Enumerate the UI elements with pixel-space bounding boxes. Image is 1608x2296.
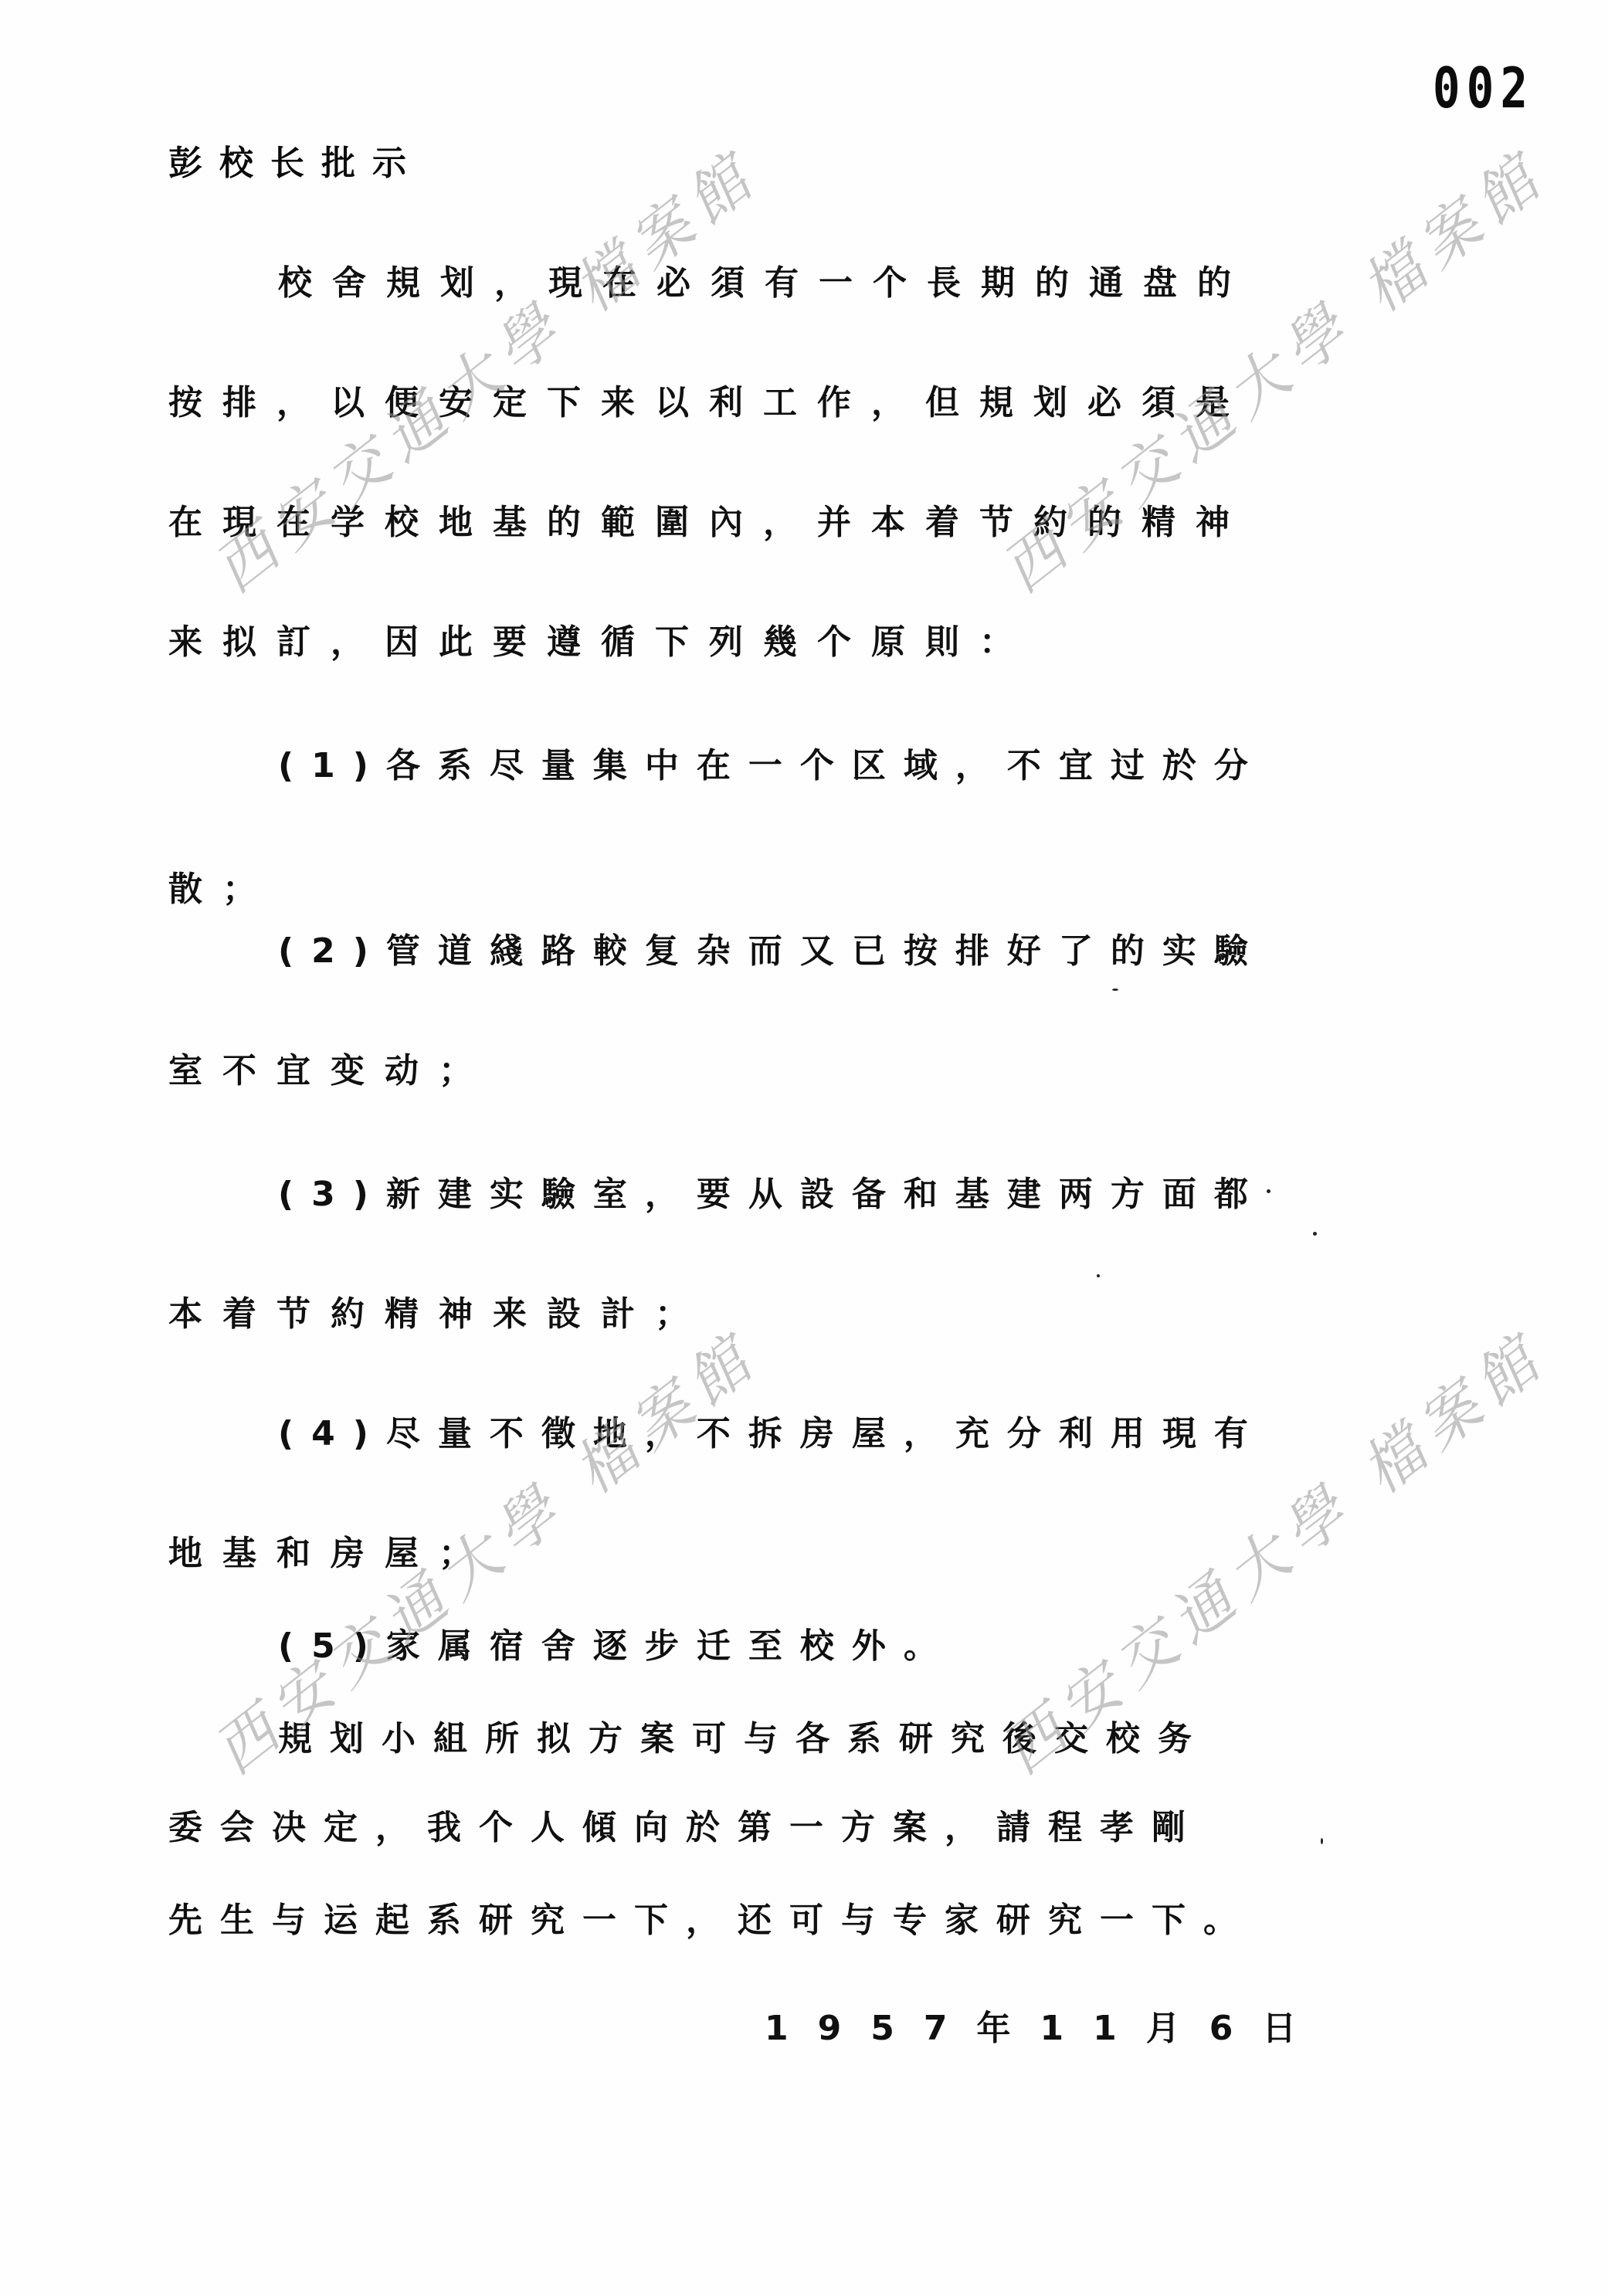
principle-3-line-2: 本着节約精神来設計； xyxy=(168,1286,709,1335)
principle-4-line-2: 地基和房屋； xyxy=(168,1525,493,1575)
principle-4-line-1: (4)尽量不徵地，不拆房屋，充分利用現有 xyxy=(278,1406,1266,1455)
body-line-4: 来拟訂，因此要遵循下列幾个原則： xyxy=(168,614,1033,663)
body-line-2: 按排，以便安定下来以利工作，但規划必須是 xyxy=(168,375,1250,424)
body-line-3: 在現在学校地基的範圍內，并本着节約的精神 xyxy=(168,494,1250,544)
principle-2-line-2: 室不宜变动； xyxy=(168,1043,493,1092)
scan-speck xyxy=(1313,1232,1317,1236)
principle-2-line-1: (2)管道綫路較复杂而又已按排好了的实驗 xyxy=(278,923,1266,972)
document-page: 002 彭校长批示 校舍規划，現在必須有一个長期的通盘的 按排，以便安定下来以利… xyxy=(0,0,1608,2296)
closing-line-3: 先生与运起系研究一下，还可与专家研究一下。 xyxy=(168,1892,1255,1942)
principle-1-line-1: (1)各系尽量集中在一个区域，不宜过於分 xyxy=(278,738,1266,787)
document-title: 彭校长批示 xyxy=(168,135,423,185)
page-number: 002 xyxy=(1433,56,1534,120)
closing-line-2: 委会决定，我个人傾向於第一方案，請程孝剛 xyxy=(168,1799,1203,1849)
scan-speck xyxy=(1321,1838,1323,1844)
principle-5-line-1: (5)家属宿舍逐步迁至校外。 xyxy=(278,1618,955,1667)
body-line-1: 校舍規划，現在必須有一个長期的通盘的 xyxy=(278,255,1251,304)
closing-line-1: 規划小組所拟方案可与各系研究後交校务 xyxy=(278,1711,1209,1760)
principle-3-line-1: (3)新建实驗室，要从設备和基建两方面都 xyxy=(278,1166,1266,1216)
scan-speck xyxy=(1112,989,1118,991)
document-date: 1957年11月6日 xyxy=(765,2000,1325,2050)
scan-speck xyxy=(1267,1189,1270,1193)
scan-speck xyxy=(1097,1274,1100,1277)
principle-1-line-2: 散； xyxy=(168,861,276,911)
